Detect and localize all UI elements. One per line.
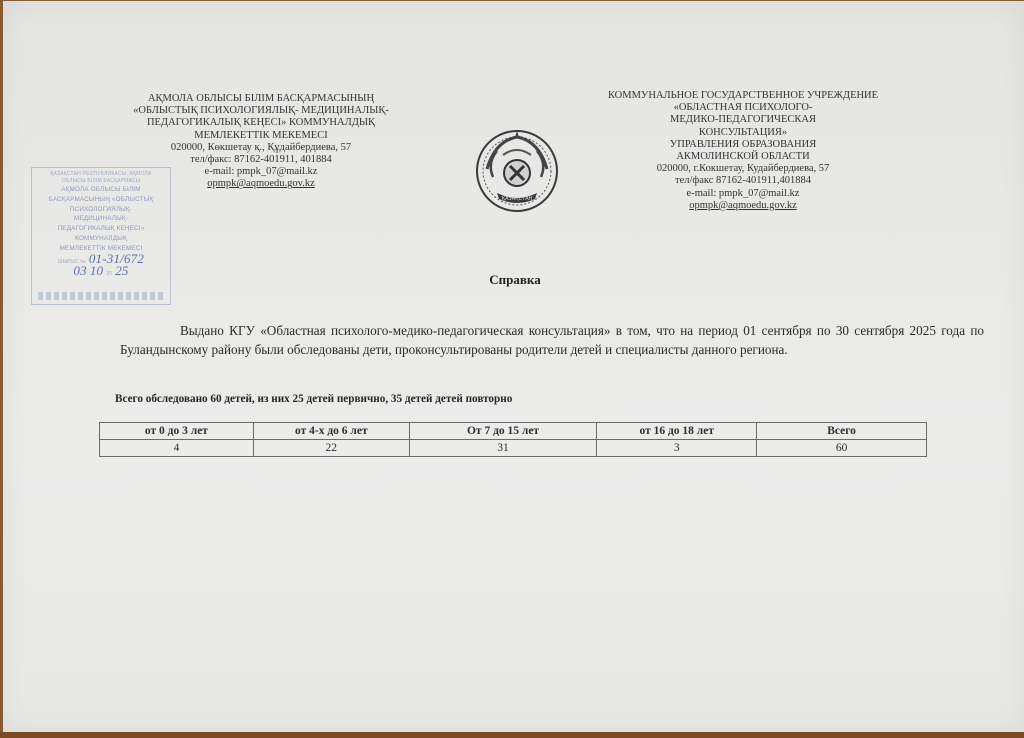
- desk-surface: [0, 732, 1024, 738]
- document-title: Справка: [3, 272, 1024, 288]
- stamp-line: КОММУНАЛДЫҚ: [32, 234, 170, 244]
- org-name-line: КОММУНАЛЬНОЕ ГОСУДАРСТВЕННОЕ УЧРЕЖДЕНИЕ: [593, 90, 893, 102]
- table-cell: 3: [597, 440, 757, 457]
- state-emblem-icon: ҚАЗАҚСТАН: [473, 127, 561, 215]
- email: e-mail: pmpk_07@mail.kz: [593, 188, 893, 200]
- org-name-line: ПЕДАГОГИКАЛЫҚ КЕҢЕСІ» КОММУНАЛДЫҚ: [111, 117, 411, 129]
- document-body: Выдано КГУ «Областная психолого-медико-п…: [120, 321, 984, 359]
- stamp-line: ПЕДАГОГИКАЛЫҚ КЕҢЕСІ»: [32, 224, 170, 234]
- table-cell: 31: [409, 440, 597, 457]
- stamp-line: БАСҚАРМАСЫНЫҢ «ОБЛЫСТЫҚ: [32, 195, 170, 205]
- table-row: 4 22 31 3 60: [100, 440, 927, 457]
- stamp-line: ПСИХОЛОГИЯЛЫҚ-: [32, 205, 170, 215]
- address: 020000, Көкшетау қ., Құдайбердиева, 57: [111, 142, 411, 154]
- email-link[interactable]: opmpk@aqmoedu.gov.kz: [593, 200, 893, 212]
- stamp-border-pattern: [38, 292, 164, 300]
- org-name-line: «ОБЛАСТНАЯ ПСИХОЛОГО-: [593, 102, 893, 114]
- table-header-cell: Всего: [757, 423, 927, 440]
- stamp-small-line: ҚАЗАҚСТАН РЕСПУБЛИКАСЫ, АҚМОЛА: [32, 171, 170, 178]
- org-name-line: МЕМЛЕКЕТТІК МЕКЕМЕСІ: [111, 130, 411, 142]
- org-name-line: КОНСУЛЬТАЦИЯ»: [593, 127, 893, 139]
- svg-text:ҚАЗАҚСТАН: ҚАЗАҚСТАН: [502, 196, 533, 202]
- table-cell: 60: [757, 440, 927, 457]
- document-page: АҚМОЛА ОБЛЫСЫ БІЛІМ БАСҚАРМАСЫНЫҢ «ОБЛЫС…: [3, 1, 1024, 732]
- table-header-cell: от 16 до 18 лет: [597, 423, 757, 440]
- table-header-cell: от 0 до 3 лет: [100, 423, 254, 440]
- table-header-cell: От 7 до 15 лет: [409, 423, 597, 440]
- org-name-line: АҚМОЛА ОБЛЫСЫ БІЛІМ БАСҚАРМАСЫНЫҢ: [111, 93, 411, 105]
- org-name-line: МЕДИКО-ПЕДАГОГИЧЕСКАЯ: [593, 114, 893, 126]
- org-name-line: АКМОЛИНСКОЙ ОБЛАСТИ: [593, 151, 893, 163]
- stamp-number: 01-31/672: [89, 254, 144, 264]
- age-groups-table: от 0 до 3 лет от 4-х до 6 лет От 7 до 15…: [99, 422, 927, 457]
- table-cell: 4: [100, 440, 254, 457]
- stamp-line: МЕДИЦИНАЛЫҚ-: [32, 214, 170, 224]
- summary-line: Всего обследовано 60 детей, из них 25 де…: [115, 393, 512, 405]
- table-header-row: от 0 до 3 лет от 4-х до 6 лет От 7 до 15…: [100, 423, 927, 440]
- header-russian: КОММУНАЛЬНОЕ ГОСУДАРСТВЕННОЕ УЧРЕЖДЕНИЕ …: [593, 90, 893, 212]
- phone: тел/факс: 87162-401911, 401884: [111, 154, 411, 166]
- stamp-small-line: ОБЛЫСЫ БІЛІМ БАСҚАРМАСЫ: [32, 178, 170, 185]
- stamp-line: АҚМОЛА ОБЛЫСЫ БІЛІМ: [32, 185, 170, 195]
- org-name-line: УПРАВЛЕНИЯ ОБРАЗОВАНИЯ: [593, 139, 893, 151]
- table-header-cell: от 4-х до 6 лет: [253, 423, 409, 440]
- phone: тел/факс 87162-401911,401884: [593, 175, 893, 187]
- table-cell: 22: [253, 440, 409, 457]
- address: 020000, г.Кокшетау, Кудайбердиева, 57: [593, 163, 893, 175]
- org-name-line: «ОБЛЫСТЫҚ ПСИХОЛОГИЯЛЫҚ- МЕДИЦИНАЛЫҚ-: [111, 105, 411, 117]
